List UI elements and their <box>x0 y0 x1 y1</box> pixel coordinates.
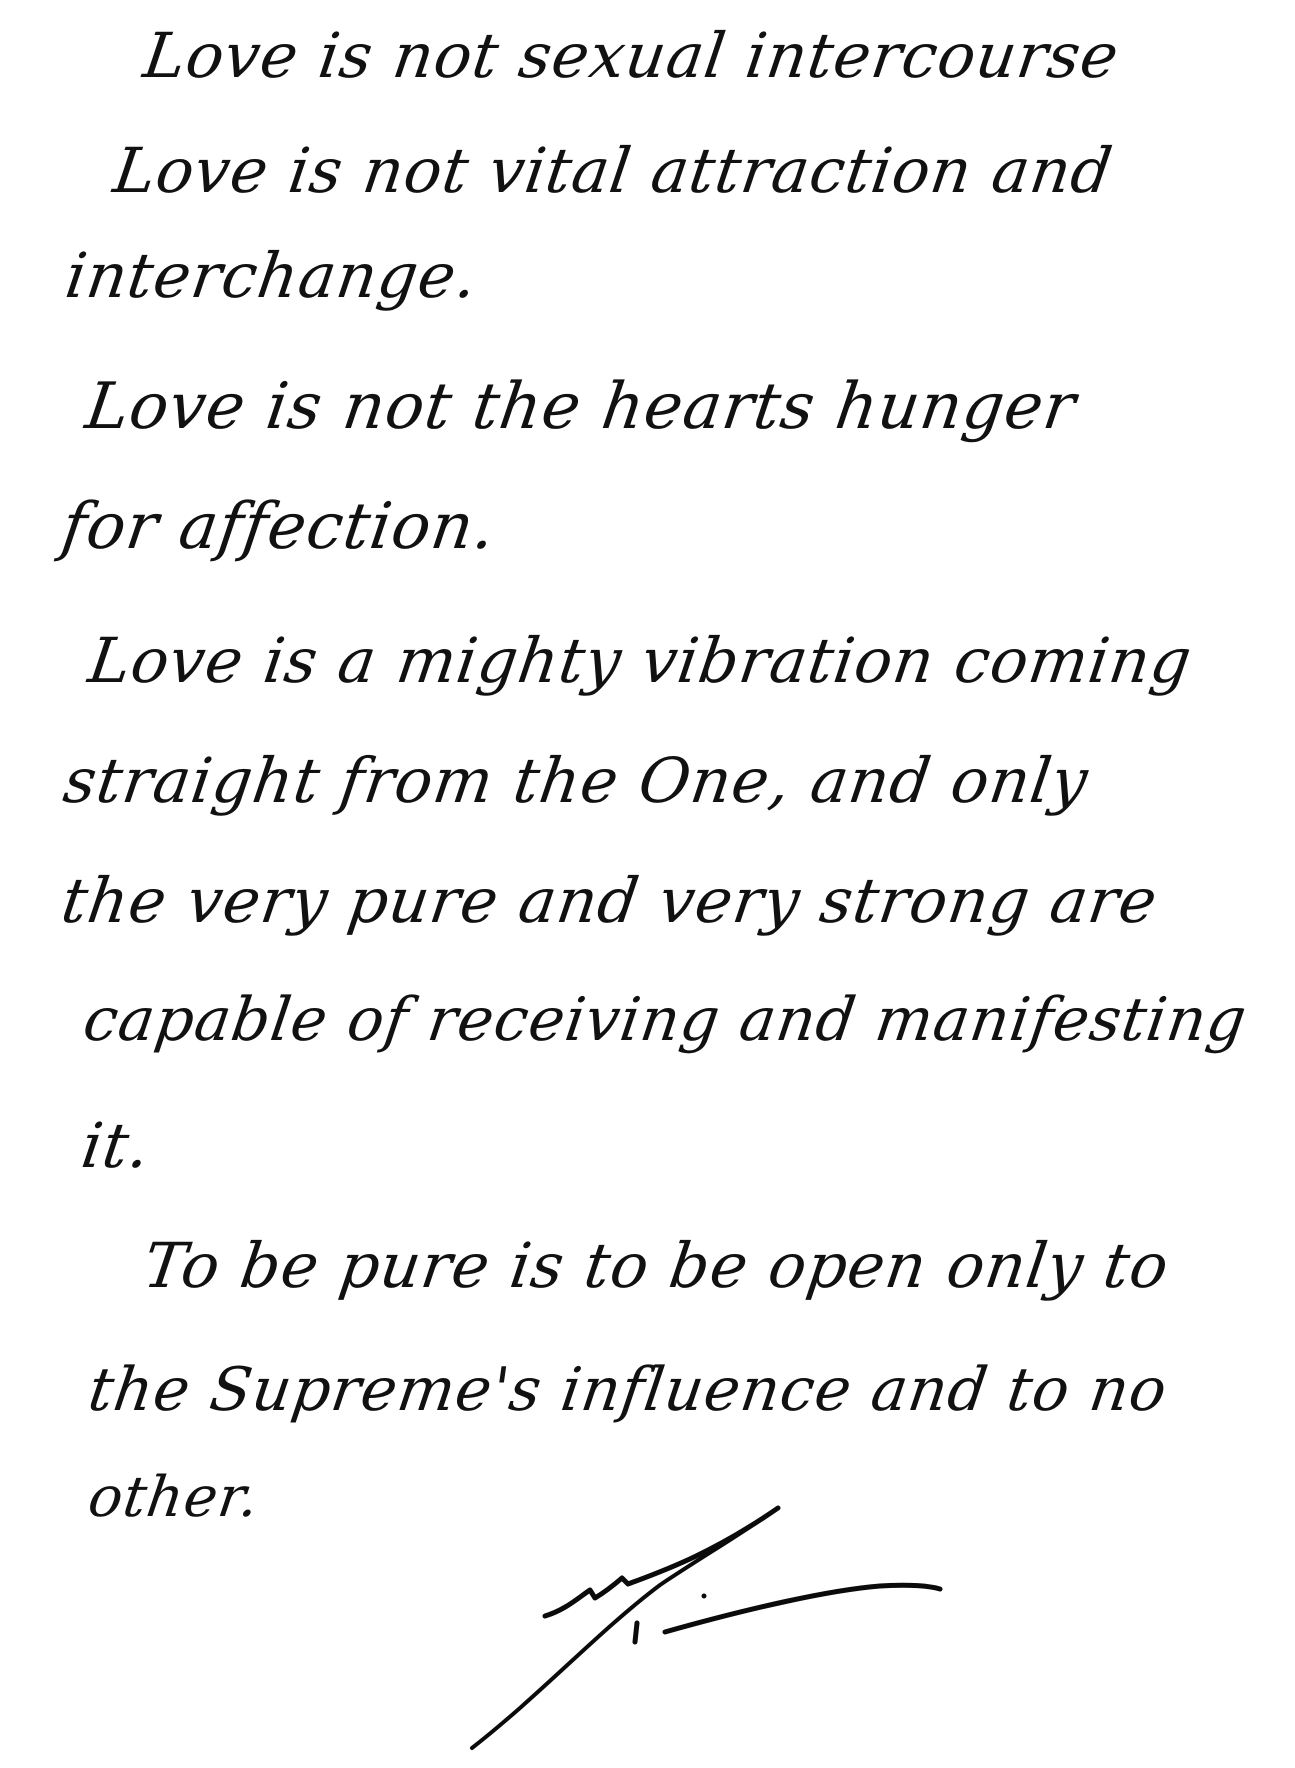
text-line-12: the Supreme's influence and to no <box>85 1360 1171 1420</box>
text-line-9: capable of receiving and manifesting <box>80 990 1251 1050</box>
text-line-11: To be pure is to be open only to <box>140 1235 1173 1297</box>
text-line-6: Love is a mighty vibration coming <box>85 630 1196 692</box>
text-line-7: straight from the One, and only <box>60 750 1092 812</box>
handwritten-signature-icon <box>450 1480 1150 1768</box>
text-line-10: it. <box>78 1115 154 1177</box>
handwritten-page: Love is not sexual intercourse Love is n… <box>0 0 1295 1768</box>
text-line-8: the very pure and very strong are <box>58 870 1161 932</box>
text-line-4: Love is not the hearts hunger <box>82 375 1080 439</box>
text-line-1: Love is not sexual intercourse <box>140 25 1123 87</box>
text-line-5: for affection. <box>58 495 500 559</box>
text-line-3: interchange. <box>62 245 481 307</box>
text-line-2: Love is not vital attraction and <box>110 140 1117 202</box>
text-line-13: other. <box>85 1470 263 1526</box>
